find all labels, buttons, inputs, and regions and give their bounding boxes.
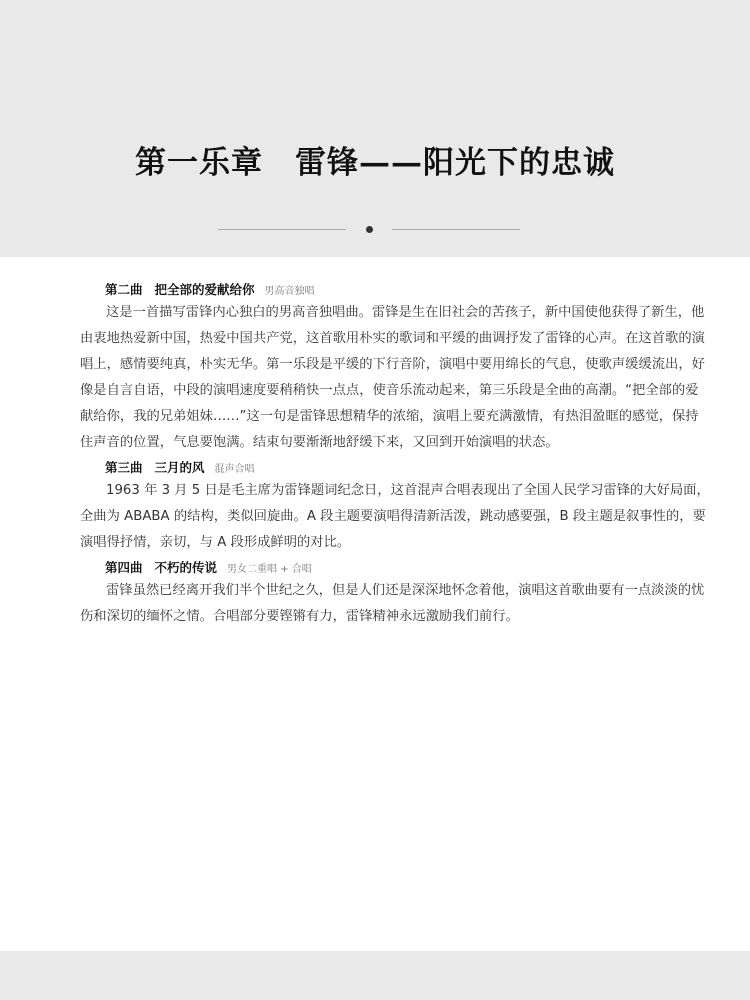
text-line: 1963 年 3 月 5 日是毛主席为雷锋题词纪念日，这首混声合唱表现出了全国人… (80, 478, 665, 504)
divider-line-right (392, 229, 520, 230)
ornamental-divider (0, 228, 750, 232)
song-heading: 第三曲三月的风混声合唱 (80, 456, 665, 478)
divider-dot-icon (366, 226, 373, 233)
song-number: 第二曲 (105, 282, 143, 297)
song-subtitle: 男女二重唱 + 合唱 (227, 564, 312, 575)
text-line: 这是一首描写雷锋内心独白的男高音独唱曲。雷锋是生在旧社会的苦孩子，新中国使他获得… (80, 300, 665, 326)
page-footer-band (0, 951, 750, 1000)
text-line: 献给你，我的兄弟姐妹……”这一句是雷锋思想精华的浓缩，演唱上要充满激情，有热泪盈… (80, 404, 665, 430)
song-description: 雷锋虽然已经离开我们半个世纪之久，但是人们还是深深地怀念着他，演唱这首歌曲要有一… (80, 578, 665, 630)
song-section-2: 第二曲把全部的爱献给你男高音独唱 这是一首描写雷锋内心独白的男高音独唱曲。雷锋是… (80, 278, 665, 456)
chapter-body: 第二曲把全部的爱献给你男高音独唱 这是一首描写雷锋内心独白的男高音独唱曲。雷锋是… (80, 278, 665, 630)
song-heading: 第二曲把全部的爱献给你男高音独唱 (80, 278, 665, 300)
song-subtitle: 男高音独唱 (265, 286, 315, 297)
song-description: 1963 年 3 月 5 日是毛主席为雷锋题词纪念日，这首混声合唱表现出了全国人… (80, 478, 665, 556)
text-line: 雷锋虽然已经离开我们半个世纪之久，但是人们还是深深地怀念着他，演唱这首歌曲要有一… (80, 578, 665, 604)
text-line: 由衷地热爱新中国，热爱中国共产党，这首歌用朴实的歌词和平缓的曲调抒发了雷锋的心声… (80, 326, 665, 352)
song-section-3: 第三曲三月的风混声合唱 1963 年 3 月 5 日是毛主席为雷锋题词纪念日，这… (80, 456, 665, 556)
song-heading: 第四曲不朽的传说男女二重唱 + 合唱 (80, 556, 665, 578)
divider-line-left (218, 229, 346, 230)
song-number: 第三曲 (105, 460, 143, 475)
text-line: 唱上，感情要纯真，朴实无华。第一乐段是平缓的下行音阶，演唱中要用绵长的气息，使歌… (80, 352, 665, 378)
chapter-header-band: 第一乐章 雷锋——阳光下的忠诚 (0, 0, 750, 257)
text-line: 伤和深切的缅怀之情。合唱部分要铿锵有力，雷锋精神永远激励我们前行。 (80, 604, 665, 630)
chapter-title: 第一乐章 雷锋——阳光下的忠诚 (0, 141, 750, 185)
song-name: 三月的风 (155, 460, 205, 475)
text-line: 演唱得抒情，亲切，与 A 段形成鲜明的对比。 (80, 530, 665, 556)
song-description: 这是一首描写雷锋内心独白的男高音独唱曲。雷锋是生在旧社会的苦孩子，新中国使他获得… (80, 300, 665, 456)
text-line: 住声音的位置，气息要饱满。结束句要渐渐地舒缓下来，又回到开始演唱的状态。 (80, 430, 665, 456)
text-line: 全曲为 ABABA 的结构，类似回旋曲。A 段主题要演唱得清新活泼，跳动感要强，… (80, 504, 665, 530)
song-name: 把全部的爱献给你 (155, 282, 255, 297)
song-name: 不朽的传说 (155, 560, 218, 575)
text-line: 像是自言自语，中段的演唱速度要稍稍快一点点，使音乐流动起来，第三乐段是全曲的高潮… (80, 378, 665, 404)
song-subtitle: 混声合唱 (215, 464, 255, 475)
song-number: 第四曲 (105, 560, 143, 575)
song-section-4: 第四曲不朽的传说男女二重唱 + 合唱 雷锋虽然已经离开我们半个世纪之久，但是人们… (80, 556, 665, 630)
